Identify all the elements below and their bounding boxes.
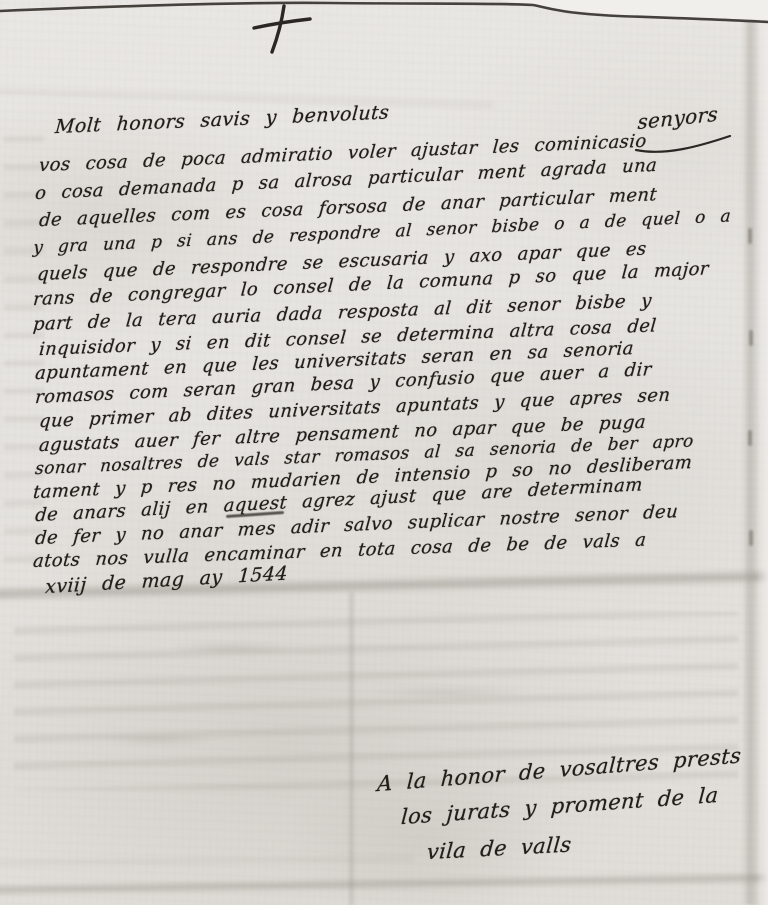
- fold-notch: [748, 430, 752, 446]
- paper-right-edge: [757, 0, 768, 905]
- paper-top-edge: [0, 0, 768, 34]
- fold-notch: [749, 330, 753, 346]
- cross-mark-icon: [248, 2, 338, 62]
- scanned-letter-page: { "document": { "cross_mark": "+", "salu…: [0, 0, 768, 905]
- fold-notch: [748, 228, 752, 244]
- fold-crease-vertical-middle: [348, 592, 355, 905]
- fold-notch: [749, 530, 753, 546]
